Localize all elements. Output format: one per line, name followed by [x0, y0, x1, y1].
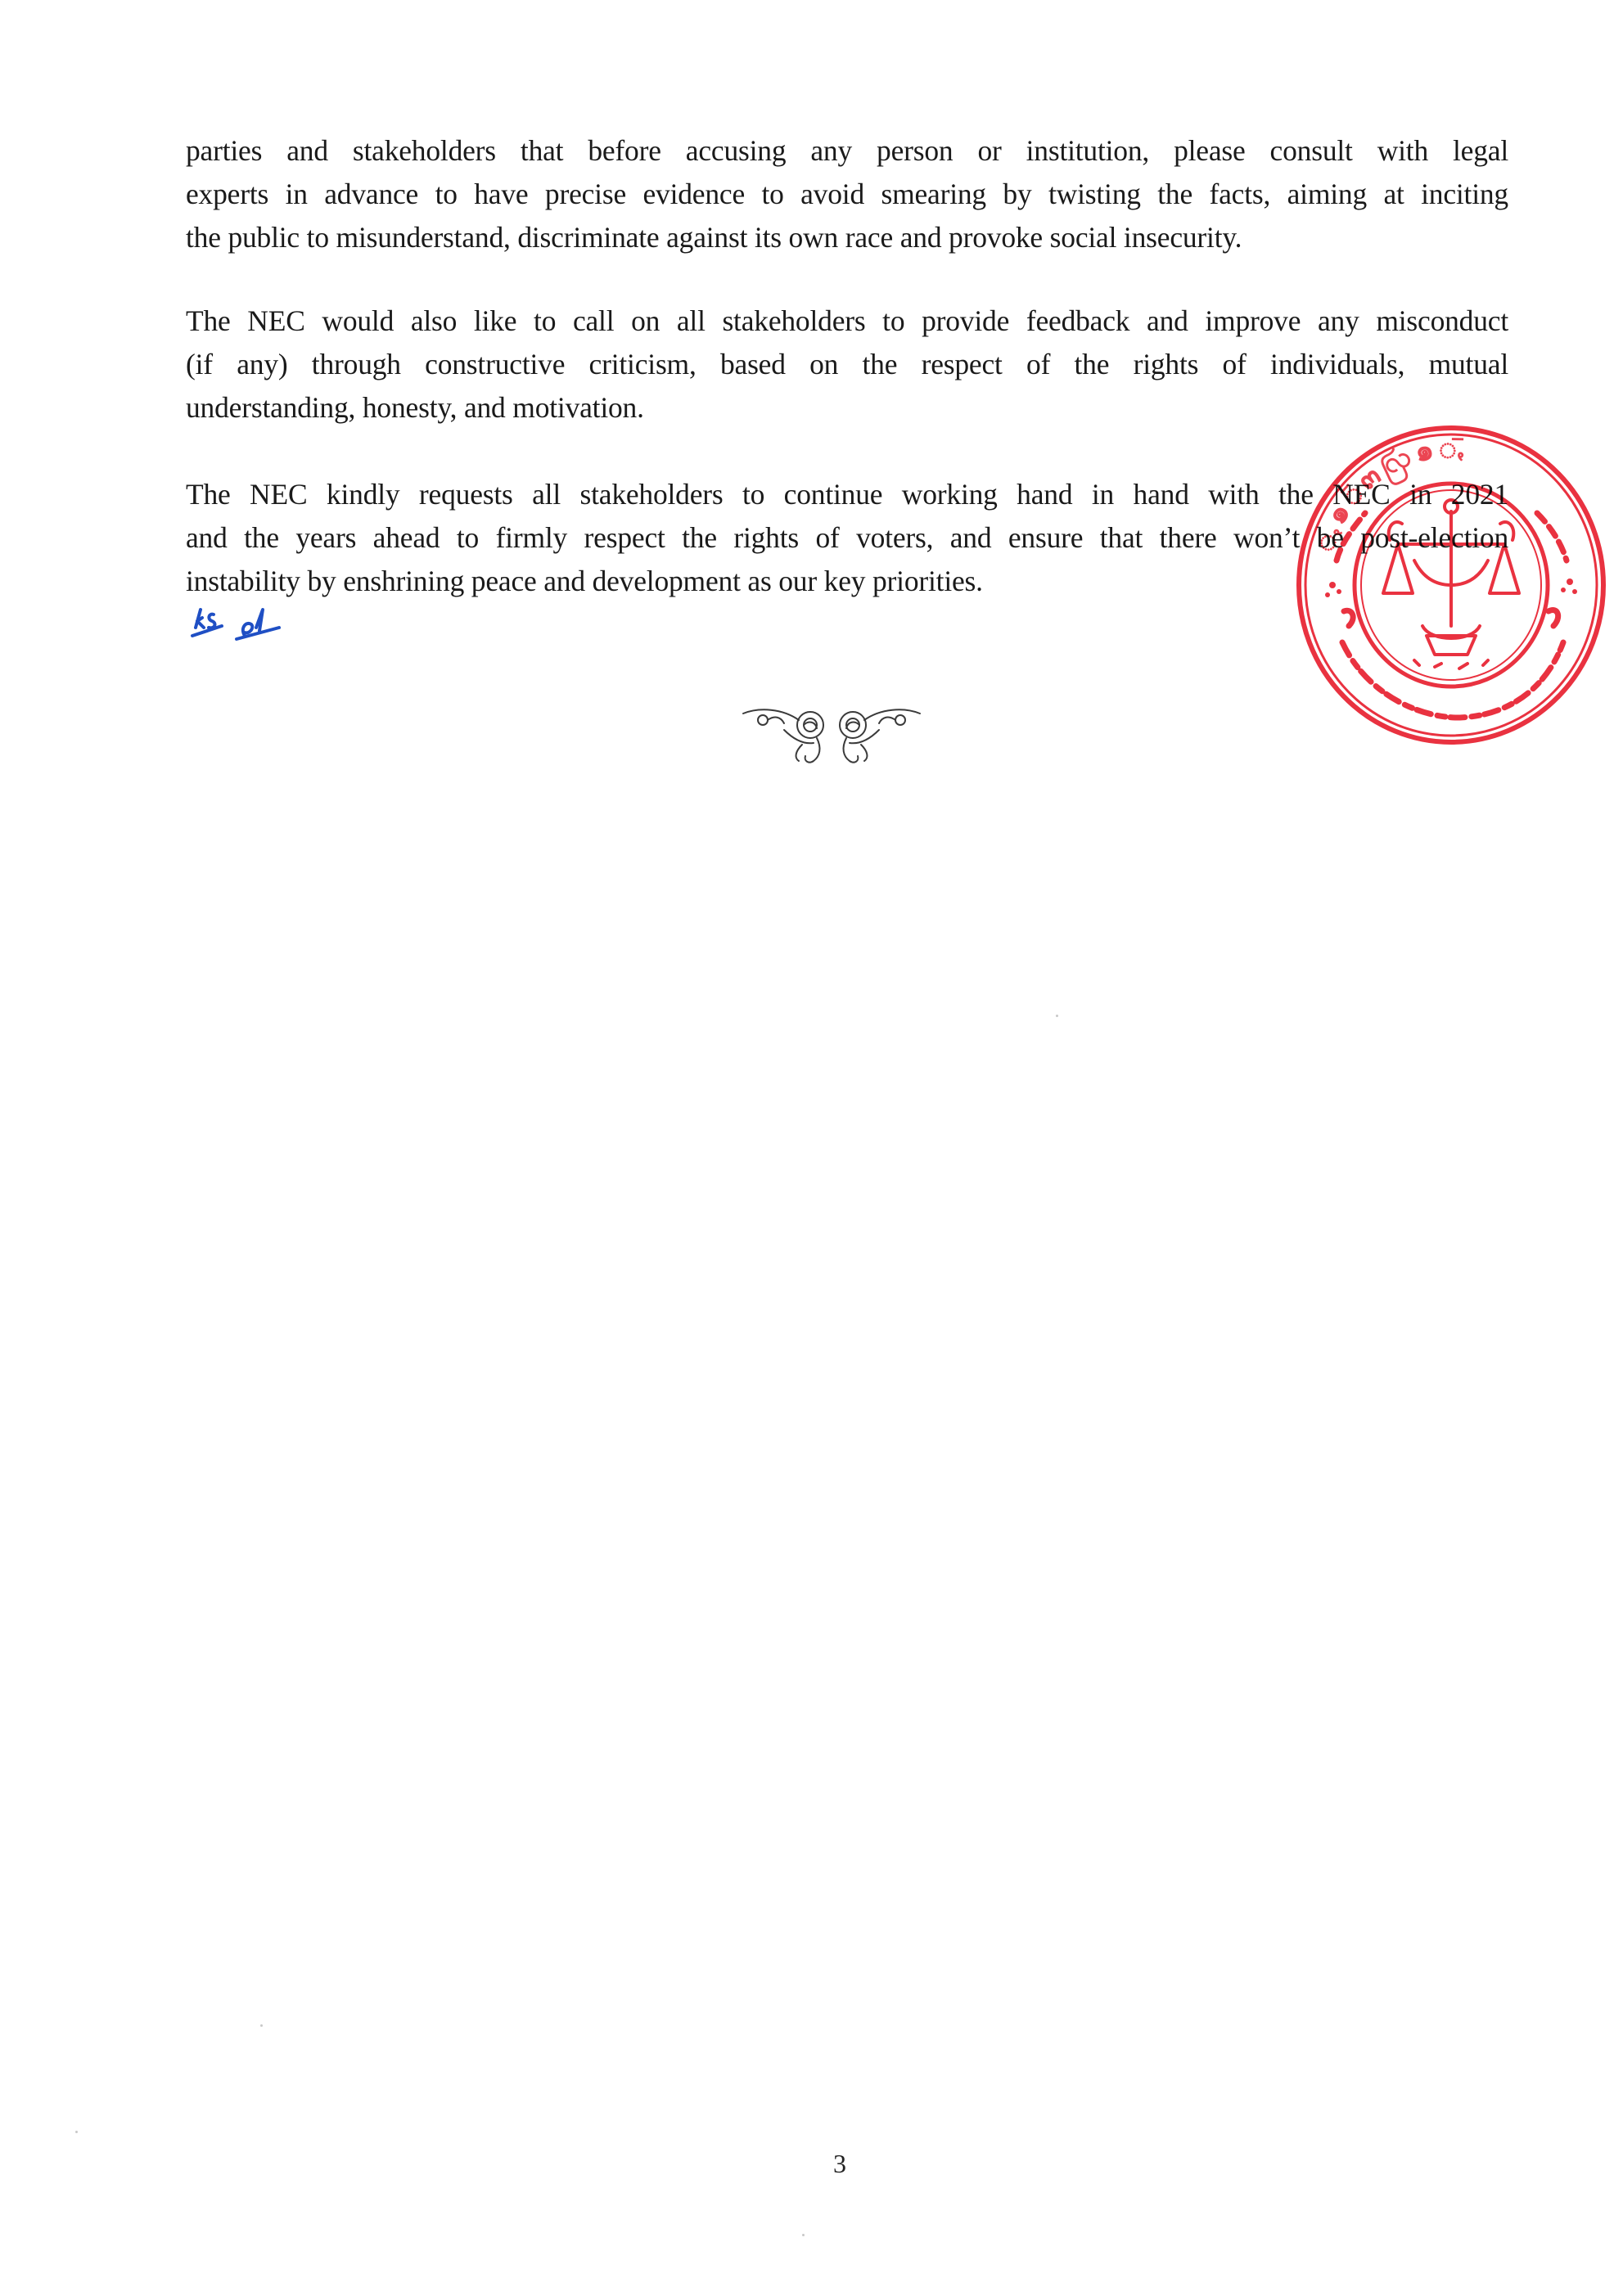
- paragraph-2: The NEC would also like to call on all s…: [186, 299, 1508, 430]
- paragraph-line: (if any) through constructive criticism,…: [186, 343, 1508, 386]
- scroll-ornament-icon: [735, 702, 928, 768]
- paragraph-line: The NEC would also like to call on all s…: [186, 299, 1508, 343]
- paragraph-line: parties and stakeholders that before acc…: [186, 129, 1508, 173]
- document-page: parties and stakeholders that before acc…: [0, 0, 1623, 2296]
- paragraph-line: experts in advance to have precise evide…: [186, 173, 1508, 216]
- official-seal-icon: ꩻ๑ꩼ๓ꩺ๑ꩻꩼ: [1292, 421, 1611, 749]
- scan-speck: [260, 2024, 263, 2027]
- scan-speck: [75, 2131, 78, 2133]
- paragraph-line-text: instability by enshrining peace and deve…: [186, 565, 983, 597]
- page-number: 3: [833, 2149, 846, 2179]
- scan-speck: [802, 2234, 805, 2236]
- scan-speck: [1056, 1015, 1058, 1017]
- svg-text:ꩻ๑ꩼ๓ꩺ๑ꩻꩼ: ꩻ๑ꩼ๓ꩺ๑ꩻꩼ: [1307, 431, 1468, 556]
- paragraph-1: parties and stakeholders that before acc…: [186, 129, 1508, 259]
- paragraph-line: the public to misunderstand, discriminat…: [186, 216, 1508, 259]
